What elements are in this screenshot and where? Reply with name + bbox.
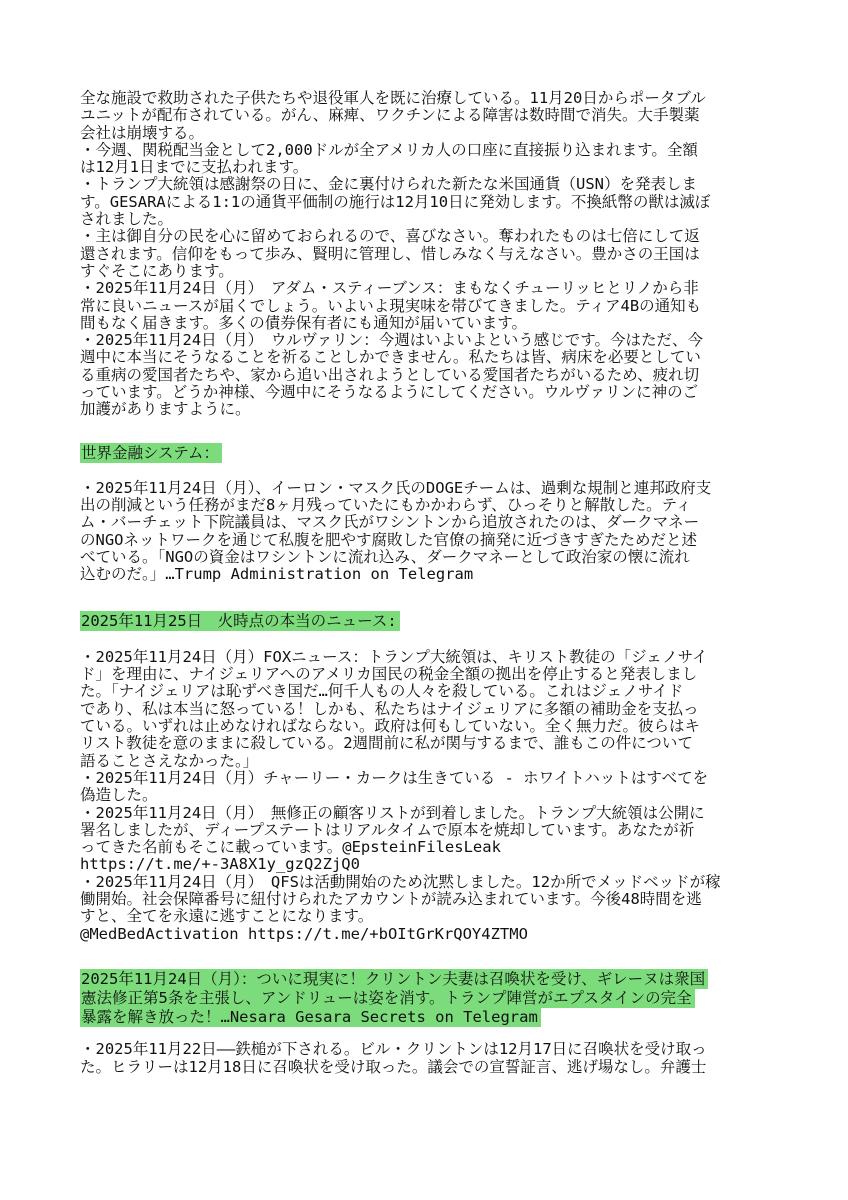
line-text: 還されます。信仰をもって歩み、賢明に管理し、惜しみなく与えなさい。豊かさの王国は xyxy=(80,245,700,263)
text-line: 語ることさえなかった。」 xyxy=(80,753,780,770)
line-text: すと、全てを永遠に逃すことになります。 xyxy=(80,907,373,925)
section-heading: 2025年11月24日（月）：ついに現実に！クリントン夫妻は召喚状を受け、ギレー… xyxy=(80,970,780,1028)
line-text: されました。 xyxy=(80,210,173,228)
text-line: ・2025年11月24日（月） 無修正の顧客リストが到着しました。トランプ大統領… xyxy=(80,805,780,822)
line-text: た。「ナイジェリアは恥ずべき国だ…何千人もの人々を殺している。これはジェノサイド xyxy=(80,682,683,700)
text-line: は12月1日までに支払われます。 xyxy=(80,159,780,176)
section-heading: 世界金融システム： xyxy=(80,444,780,463)
line-text: ・トランプ大統領は感謝祭の日に、金に裏付けられた新たな米国通貨（USN）を発表し… xyxy=(80,175,697,193)
line-text: ・2025年11月24日（月） 無修正の顧客リストが到着しました。トランプ大統領… xyxy=(80,804,705,822)
line-text: ・2025年11月24日（月）FOXニュース：トランプ大統領は、キリスト教徒の「… xyxy=(80,648,707,666)
line-text: ・2025年11月24日（月）チャーリー・カークは生きている - ホワイトハット… xyxy=(80,769,708,787)
line-text: 加護がありますように。 xyxy=(80,400,251,418)
text-line: ・トランプ大統領は感謝祭の日に、金に裏付けられた新たな米国通貨（USN）を発表し… xyxy=(80,176,780,193)
line-text: す。GESARAによる1:1の通貨平価制の施行は12月10日に発効します。不換紙… xyxy=(80,193,710,211)
text-line: 働開始。社会保障番号に紐付けられたアカウントが読み込まれています。今後48時間を… xyxy=(80,891,780,908)
line-text: ・2025年11月24日（月） QFSは活動開始のため沈黙しました。12か所でメ… xyxy=(80,873,721,891)
highlight-text: 暴露を解き放った！…Nesara Gesara Secrets on Teleg… xyxy=(80,1007,541,1027)
line-text: ・2025年11月24日（月） ウルヴァリン：今週はいよいよという感じです。今は… xyxy=(80,331,703,349)
text-line: 全な施設で救助された子供たちや退役軍人を既に治療している。11月20日からポータ… xyxy=(80,90,780,107)
line-text: であり、私は本当に怒っている！しかも、私たちはナイジェリアに多額の補助金を支払っ xyxy=(80,700,699,718)
document-page: 全な施設で救助された子供たちや退役軍人を既に治療している。11月20日からポータ… xyxy=(0,0,848,1200)
text-line: のNGOネットワークを通じて私腹を肥やす腐敗した官僚の摘発に近づきすぎたためだと… xyxy=(80,532,780,549)
highlight-text: 2025年11月24日（月）：ついに現実に！クリントン夫妻は召喚状を受け、ギレー… xyxy=(80,969,708,989)
line-text: https://t.me/+-3A8X1y_gzQ2ZjQ0 xyxy=(80,855,360,873)
text-line: すぐそこにあります。 xyxy=(80,263,780,280)
line-text: ・2025年11月24日（月）、イーロン・マスク氏のDOGEチームは、過剰な規制… xyxy=(80,479,711,497)
line-text: 語ることさえなかった。」 xyxy=(80,752,258,770)
line-text: ド」を理由に、ナイジェリアへのアメリカ国民の税金全額の拠出を停止すると発表しまし xyxy=(80,665,697,683)
line-text: ・主は御自分の民を心に留めておられるので、喜びなさい。奪われたものは七倍にして返 xyxy=(80,227,700,245)
text-line: っています。どうか神様、今週中にそうなるようにしてください。ウルヴァリンに神のご xyxy=(80,384,780,401)
line-text: 署名しましたが、ディープステートはリアルタイムで原本を焼却しています。あなたが祈 xyxy=(80,821,694,839)
line-text: すぐそこにあります。 xyxy=(80,262,234,280)
text-paragraph: 全な施設で救助された子供たちや退役軍人を既に治療している。11月20日からポータ… xyxy=(80,90,780,419)
highlighted-heading-line: 2025年11月25日 火時点の本当のニュース: xyxy=(80,612,780,631)
text-paragraph: ・2025年11月24日（月）FOXニュース：トランプ大統領は、キリスト教徒の「… xyxy=(80,649,780,943)
highlighted-heading-line: 2025年11月24日（月）：ついに現実に！クリントン夫妻は召喚状を受け、ギレー… xyxy=(80,970,780,989)
line-text: た。ヒラリーは12月18日に召喚状を受け取った。議会での宣誓証言、逃げ場なし。弁… xyxy=(80,1058,706,1076)
text-line: であり、私は本当に怒っている！しかも、私たちはナイジェリアに多額の補助金を支払っ xyxy=(80,701,780,718)
line-text: 全な施設で救助された子供たちや退役軍人を既に治療している。11月20日からポータ… xyxy=(80,89,706,107)
line-text: ユニットが配布されている。がん、麻痺、ワクチンによる障害は数時間で消失。大手製薬 xyxy=(80,106,700,124)
text-line: 出の削減という任務がまだ8ヶ月残っていたにもかかわらず、ひっそりと解散した。ティ xyxy=(80,497,780,514)
line-text: は12月1日までに支払われます。 xyxy=(80,158,308,176)
line-text: る重病の愛国者たちや、家から追い出されようとしている愛国者たちがいるため、疲れ切 xyxy=(80,366,699,384)
text-line: 込むのだ。」…Trump Administration on Telegram xyxy=(80,566,780,583)
text-line: ・2025年11月24日（月） アダム・スティーブンス：まもなくチューリッヒとリ… xyxy=(80,280,780,297)
text-line: ている。いずれは止めなければならない。政府は何もしていない。全く無力だ。彼らはキ xyxy=(80,718,780,735)
highlighted-heading-line: 憲法修正第5条を主張し、アンドリューは姿を消す。トランプ陣営がエプスタインの完全 xyxy=(80,989,780,1008)
line-text: のNGOネットワークを通じて私腹を肥やす腐敗した官僚の摘発に近づきすぎたためだと… xyxy=(80,531,697,549)
line-text: リスト教徒を意のままに殺している。2週間前に私が関与するまで、誰もこの件について xyxy=(80,734,693,752)
text-line: ・2025年11月24日（月）、イーロン・マスク氏のDOGEチームは、過剰な規制… xyxy=(80,480,780,497)
text-line: ・2025年11月24日（月） ウルヴァリン：今週はいよいよという感じです。今は… xyxy=(80,332,780,349)
line-text: 週中に本当にそうなることを祈ることしかできません。私たちは皆、病床を必要としてい xyxy=(80,348,701,366)
document-content: 全な施設で救助された子供たちや退役軍人を既に治療している。11月20日からポータ… xyxy=(80,90,780,1076)
highlighted-heading-line: 暴露を解き放った！…Nesara Gesara Secrets on Teleg… xyxy=(80,1008,780,1027)
text-line: ってきた名前もそこに載っています。@EpsteinFilesLeak xyxy=(80,839,780,856)
text-line: リスト教徒を意のままに殺している。2週間前に私が関与するまで、誰もこの件について xyxy=(80,735,780,752)
text-line: ム・バーチェット下院議員は、マスク氏がワシントンから追放されたのは、ダークマネー xyxy=(80,514,780,531)
line-text: 出の削減という任務がまだ8ヶ月残っていたにもかかわらず、ひっそりと解散した。ティ xyxy=(80,496,691,514)
text-line: 還されます。信仰をもって歩み、賢明に管理し、惜しみなく与えなさい。豊かさの王国は xyxy=(80,246,780,263)
text-line: 偽造した。 xyxy=(80,787,780,804)
line-text: 常に良いニュースが届くでしょう。いよいよ現実味を帯びてきました。ティア4Bの通知… xyxy=(80,297,701,315)
line-text: 働開始。社会保障番号に紐付けられたアカウントが読み込まれています。今後48時間を… xyxy=(80,890,702,908)
text-line: ・2025年11月22日——鉄槌が下される。ビル・クリントンは12月17日に召喚… xyxy=(80,1041,780,1058)
line-text: っています。どうか神様、今週中にそうなるようにしてください。ウルヴァリンに神のご xyxy=(80,383,698,401)
text-line: た。ヒラリーは12月18日に召喚状を受け取った。議会での宣誓証言、逃げ場なし。弁… xyxy=(80,1059,780,1076)
text-line: 間もなく届きます。多くの債券保有者にも通知が届いています。 xyxy=(80,315,780,332)
text-line: ユニットが配布されている。がん、麻痺、ワクチンによる障害は数時間で消失。大手製薬 xyxy=(80,107,780,124)
line-text: 間もなく届きます。多くの債券保有者にも通知が届いています。 xyxy=(80,314,527,332)
line-text: ム・バーチェット下院議員は、マスク氏がワシントンから追放されたのは、ダークマネー xyxy=(80,513,699,531)
text-line: た。「ナイジェリアは恥ずべき国だ…何千人もの人々を殺している。これはジェノサイド xyxy=(80,683,780,700)
line-text: ・今週、関税配当金として2,000ドルが全アメリカ人の口座に直接振り込まれます。… xyxy=(80,141,698,159)
text-line: ・2025年11月24日（月）FOXニュース：トランプ大統領は、キリスト教徒の「… xyxy=(80,649,780,666)
text-line: ・2025年11月24日（月）チャーリー・カークは生きている - ホワイトハット… xyxy=(80,770,780,787)
section-heading: 2025年11月25日 火時点の本当のニュース: xyxy=(80,612,780,631)
text-line: 会社は崩壊する。 xyxy=(80,125,780,142)
line-text: ・2025年11月24日（月） アダム・スティーブンス：まもなくチューリッヒとリ… xyxy=(80,279,699,297)
text-line: すと、全てを永遠に逃すことになります。 xyxy=(80,908,780,925)
text-paragraph: ・2025年11月22日——鉄槌が下される。ビル・クリントンは12月17日に召喚… xyxy=(80,1041,780,1076)
highlight-text: 憲法修正第5条を主張し、アンドリューは姿を消す。トランプ陣営がエプスタインの完全 xyxy=(80,988,695,1008)
line-text: べている。「NGOの資金はワシントンに流れ込み、ダークマネーとして政治家の懐に流… xyxy=(80,548,690,566)
text-line: されました。 xyxy=(80,211,780,228)
text-line: ・今週、関税配当金として2,000ドルが全アメリカ人の口座に直接振り込まれます。… xyxy=(80,142,780,159)
line-text: ってきた名前もそこに載っています。@EpsteinFilesLeak xyxy=(80,838,501,856)
line-text: 会社は崩壊する。 xyxy=(80,124,204,142)
text-line: す。GESARAによる1:1の通貨平価制の施行は12月10日に発効します。不換紙… xyxy=(80,194,780,211)
text-line: https://t.me/+-3A8X1y_gzQ2ZjQ0 xyxy=(80,856,780,873)
text-line: ・主は御自分の民を心に留めておられるので、喜びなさい。奪われたものは七倍にして返 xyxy=(80,228,780,245)
text-line: ド」を理由に、ナイジェリアへのアメリカ国民の税金全額の拠出を停止すると発表しまし xyxy=(80,666,780,683)
text-line: 常に良いニュースが届くでしょう。いよいよ現実味を帯びてきました。ティア4Bの通知… xyxy=(80,298,780,315)
text-line: 署名しましたが、ディープステートはリアルタイムで原本を焼却しています。あなたが祈 xyxy=(80,822,780,839)
text-line: べている。「NGOの資金はワシントンに流れ込み、ダークマネーとして政治家の懐に流… xyxy=(80,549,780,566)
text-paragraph: ・2025年11月24日（月）、イーロン・マスク氏のDOGEチームは、過剰な規制… xyxy=(80,480,780,584)
text-line: 加護がありますように。 xyxy=(80,401,780,418)
highlighted-heading-line: 世界金融システム： xyxy=(80,444,780,463)
line-text: @MedBedActivation https://t.me/+bOItGrKr… xyxy=(80,925,528,943)
text-line: る重病の愛国者たちや、家から追い出されようとしている愛国者たちがいるため、疲れ切 xyxy=(80,367,780,384)
line-text: 偽造した。 xyxy=(80,786,158,804)
text-line: ・2025年11月24日（月） QFSは活動開始のため沈黙しました。12か所でメ… xyxy=(80,874,780,891)
line-text: ・2025年11月22日——鉄槌が下される。ビル・クリントンは12月17日に召喚… xyxy=(80,1040,707,1058)
highlight-text: 2025年11月25日 火時点の本当のニュース: xyxy=(80,611,400,631)
line-text: ている。いずれは止めなければならない。政府は何もしていない。全く無力だ。彼らはキ xyxy=(80,717,700,735)
text-line: 週中に本当にそうなることを祈ることしかできません。私たちは皆、病床を必要としてい xyxy=(80,349,780,366)
line-text: 込むのだ。」…Trump Administration on Telegram xyxy=(80,565,473,583)
text-line: @MedBedActivation https://t.me/+bOItGrKr… xyxy=(80,926,780,943)
highlight-text: 世界金融システム： xyxy=(80,443,222,463)
